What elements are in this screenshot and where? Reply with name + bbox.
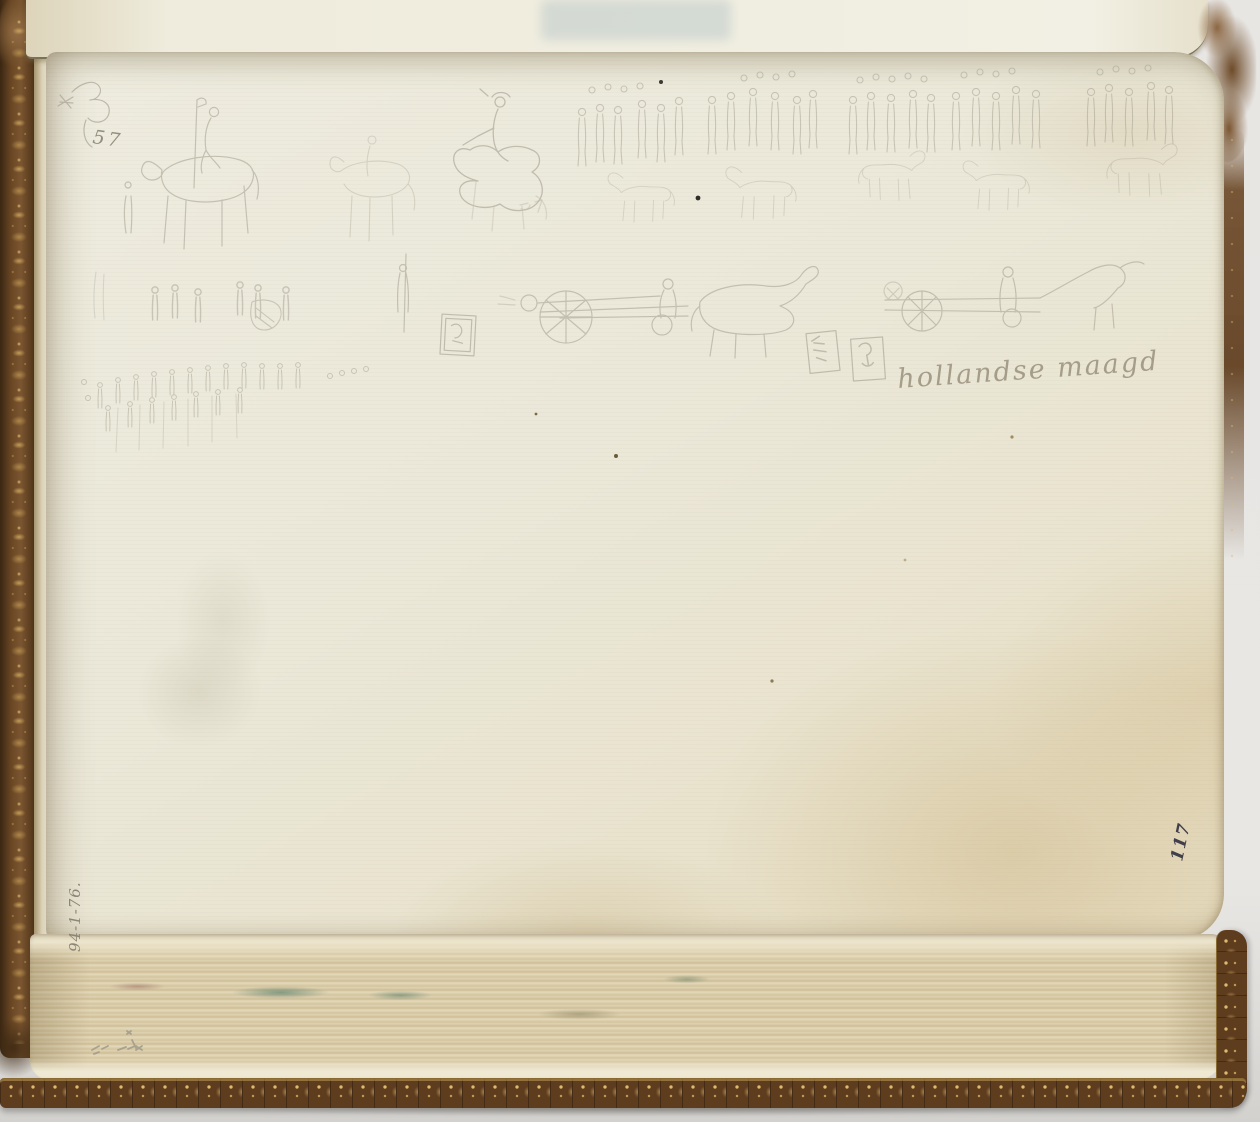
photo-background: 57 (0, 0, 1260, 1122)
corner-number-text: 57 (91, 126, 124, 152)
figure-cluster (94, 272, 289, 330)
crowd-rows (578, 65, 1177, 222)
procession-small-figures (82, 363, 369, 452)
inventory-number-text: 94-1-76. (66, 881, 84, 952)
elegant-rider (454, 89, 547, 231)
horseman-with-banner (125, 98, 259, 249)
fore-edge-ink-marks (92, 1031, 142, 1054)
gun-carriage (498, 279, 688, 343)
faint-horse-study (330, 136, 415, 241)
standard-bearer (398, 254, 409, 332)
sketch-layer: 57 (0, 0, 1260, 1122)
caption-text: hollandse maagd (896, 346, 1160, 395)
folio-number-text: 117 (1167, 821, 1195, 863)
emblem-squares (440, 314, 885, 381)
carriage-horse (691, 267, 818, 358)
second-carriage (884, 262, 1144, 331)
